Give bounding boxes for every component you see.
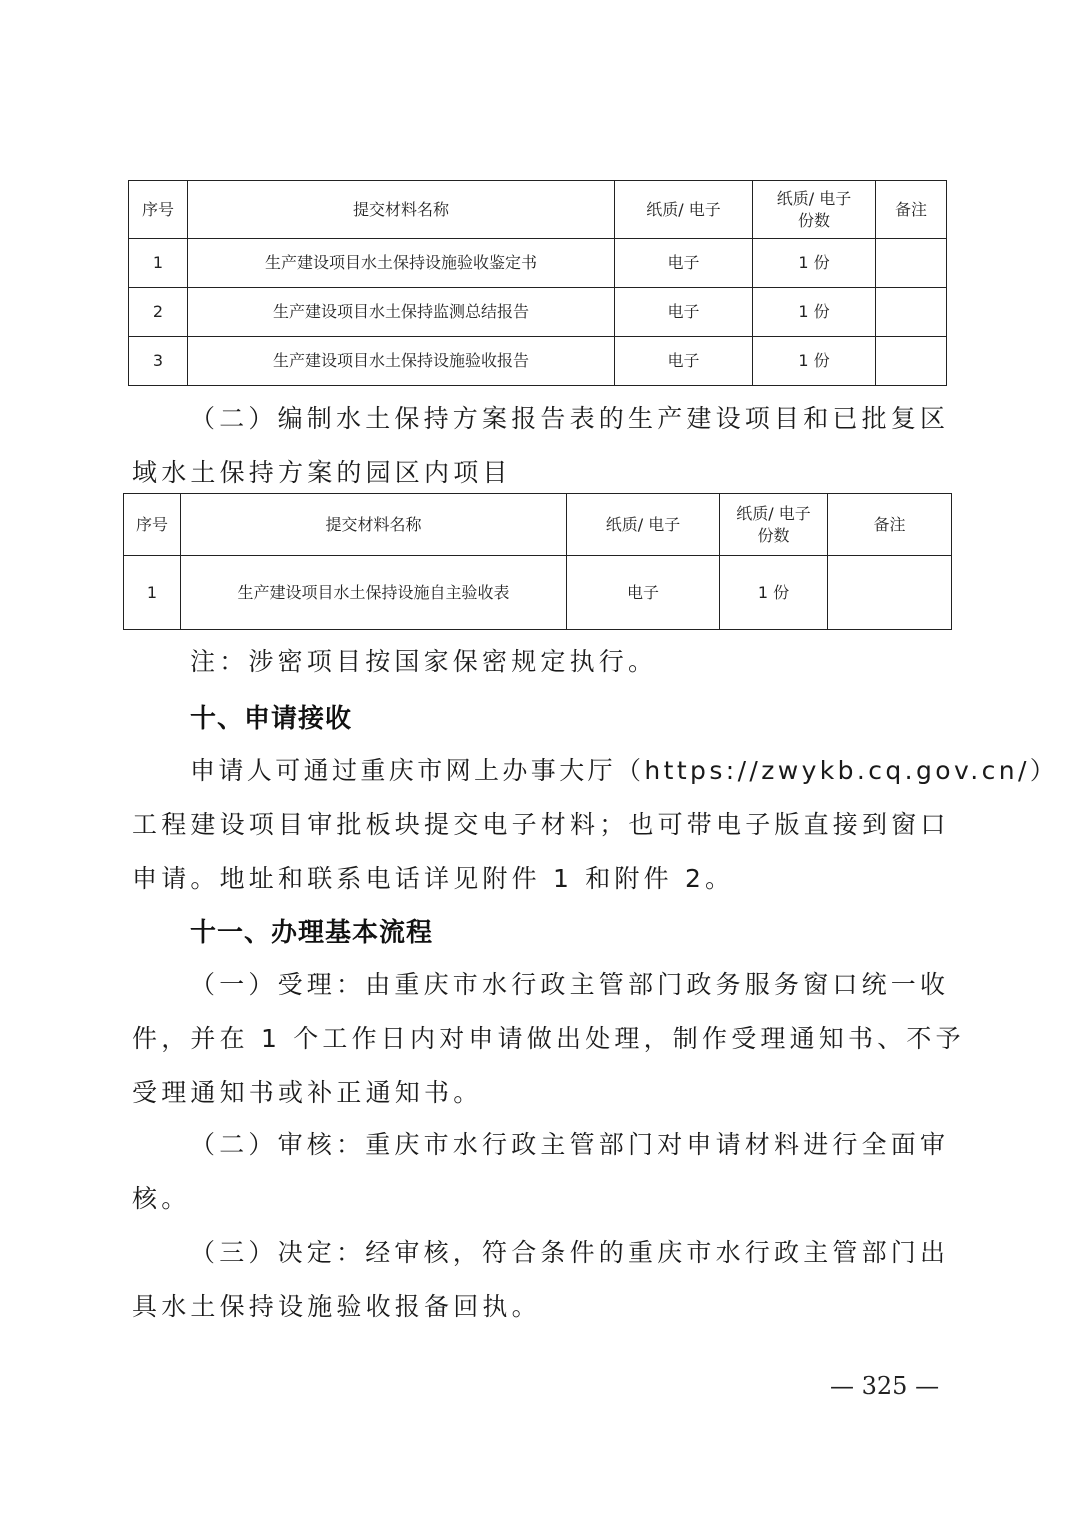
cell-type: 电子 xyxy=(567,556,720,630)
step3-line2: 具水土保持设施验收报备回执。 xyxy=(132,1280,944,1334)
heading-basic-process: 十一、办理基本流程 xyxy=(190,912,433,949)
header-num: 序号 xyxy=(124,494,181,556)
cell-type: 电子 xyxy=(615,288,753,337)
materials-table-1: 序号 提交材料名称 纸质/ 电子 纸质/ 电子份数 备注 1 生产建设项目水土保… xyxy=(128,180,947,386)
header-name: 提交材料名称 xyxy=(188,181,615,239)
header-name: 提交材料名称 xyxy=(181,494,567,556)
materials-table-2: 序号 提交材料名称 纸质/ 电子 纸质/ 电子份数 备注 1 生产建设项目水土保… xyxy=(123,493,952,630)
step1-line1: （一）受理：由重庆市水行政主管部门政务服务窗口统一收 xyxy=(190,958,1002,1012)
cell-num: 2 xyxy=(129,288,188,337)
para10-line3: 申请。地址和联系电话详见附件 1 和附件 2。 xyxy=(132,852,944,906)
cell-remark xyxy=(828,556,952,630)
table-header-row: 序号 提交材料名称 纸质/ 电子 纸质/ 电子份数 备注 xyxy=(124,494,952,556)
header-count: 纸质/ 电子份数 xyxy=(753,181,876,239)
section2-title-line2: 域水土保持方案的园区内项目 xyxy=(132,446,944,500)
table-row: 2 生产建设项目水土保持监测总结报告 电子 1 份 xyxy=(129,288,947,337)
header-type: 纸质/ 电子 xyxy=(615,181,753,239)
step3-line1: （三）决定：经审核，符合条件的重庆市水行政主管部门出 xyxy=(190,1226,1002,1280)
table-row: 1 生产建设项目水土保持设施自主验收表 电子 1 份 xyxy=(124,556,952,630)
note-text: 注：涉密项目按国家保密规定执行。 xyxy=(190,635,1002,689)
cell-name: 生产建设项目水土保持设施自主验收表 xyxy=(181,556,567,630)
cell-name: 生产建设项目水土保持监测总结报告 xyxy=(188,288,615,337)
header-type: 纸质/ 电子 xyxy=(567,494,720,556)
cell-type: 电子 xyxy=(615,239,753,288)
cell-count: 1 份 xyxy=(753,288,876,337)
header-num: 序号 xyxy=(129,181,188,239)
table-row: 3 生产建设项目水土保持设施验收报告 电子 1 份 xyxy=(129,337,947,386)
cell-name: 生产建设项目水土保持设施验收鉴定书 xyxy=(188,239,615,288)
cell-type: 电子 xyxy=(615,337,753,386)
cell-num: 1 xyxy=(124,556,181,630)
cell-remark xyxy=(876,337,947,386)
cell-name: 生产建设项目水土保持设施验收报告 xyxy=(188,337,615,386)
header-remark: 备注 xyxy=(876,181,947,239)
step2-line2: 核。 xyxy=(132,1172,944,1226)
cell-remark xyxy=(876,239,947,288)
step2-line1: （二）审核：重庆市水行政主管部门对申请材料进行全面审 xyxy=(190,1118,1002,1172)
cell-num: 1 xyxy=(129,239,188,288)
heading-application-receipt: 十、申请接收 xyxy=(190,698,352,735)
para10-line1: 申请人可通过重庆市网上办事大厅（https://zwykb.cq.gov.cn/… xyxy=(190,744,1002,798)
header-remark: 备注 xyxy=(828,494,952,556)
cell-remark xyxy=(876,288,947,337)
cell-count: 1 份 xyxy=(753,337,876,386)
section2-title-line1: （二）编制水土保持方案报告表的生产建设项目和已批复区 xyxy=(190,392,1002,446)
header-count: 纸质/ 电子份数 xyxy=(720,494,828,556)
cell-count: 1 份 xyxy=(753,239,876,288)
table-row: 1 生产建设项目水土保持设施验收鉴定书 电子 1 份 xyxy=(129,239,947,288)
step1-line3: 受理通知书或补正通知书。 xyxy=(132,1066,944,1120)
para10-line2: 工程建设项目审批板块提交电子材料；也可带电子版直接到窗口 xyxy=(132,798,944,852)
cell-num: 3 xyxy=(129,337,188,386)
step1-line2: 件，并在 1 个工作日内对申请做出处理，制作受理通知书、不予 xyxy=(132,1012,944,1066)
table-header-row: 序号 提交材料名称 纸质/ 电子 纸质/ 电子份数 备注 xyxy=(129,181,947,239)
page-number: — 325 — xyxy=(830,1372,939,1400)
cell-count: 1 份 xyxy=(720,556,828,630)
